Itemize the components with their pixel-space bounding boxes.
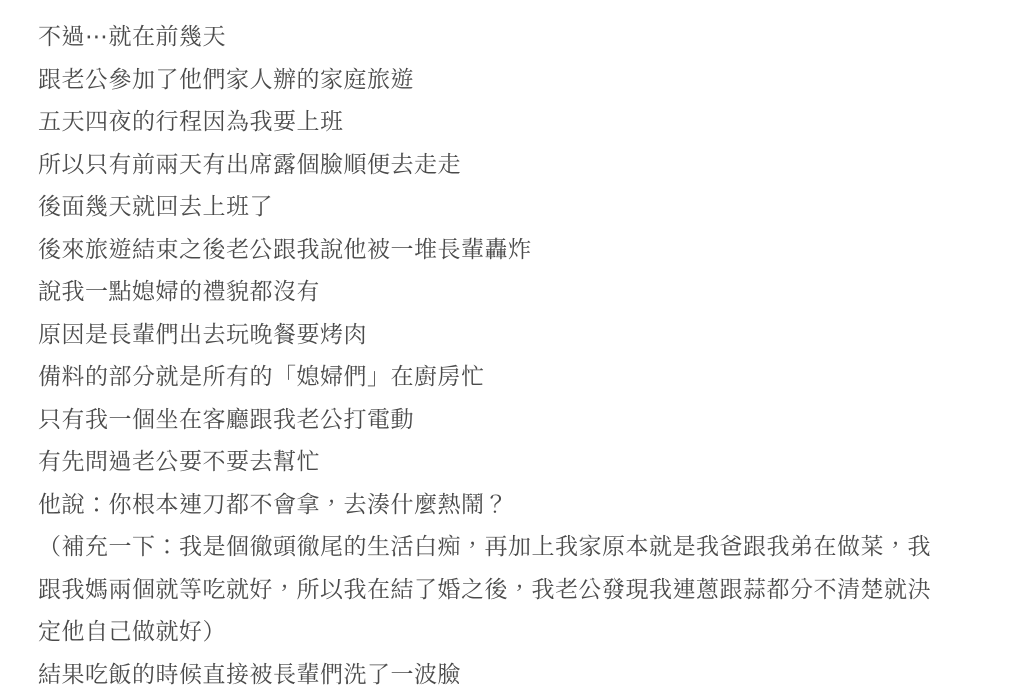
post-line: 跟老公參加了他們家人辦的家庭旅遊: [38, 58, 986, 101]
post-body: 不過⋯就在前幾天 跟老公參加了他們家人辦的家庭旅遊 五天四夜的行程因為我要上班 …: [0, 0, 1024, 696]
post-line: 定他自己做就好）: [38, 610, 986, 653]
post-line: （補充一下：我是個徹頭徹尾的生活白痴，再加上我家原本就是我爸跟我弟在做菜，我: [38, 525, 986, 568]
post-line: 不過⋯就在前幾天: [38, 15, 986, 58]
post-line: 有先問過老公要不要去幫忙: [38, 440, 986, 483]
post-line: 後面幾天就回去上班了: [38, 185, 986, 228]
post-line: 五天四夜的行程因為我要上班: [38, 100, 986, 143]
post-line: 只有我一個坐在客廳跟我老公打電動: [38, 398, 986, 441]
post-line: 所以只有前兩天有出席露個臉順便去走走: [38, 143, 986, 186]
post-line: 結果吃飯的時候直接被長輩們洗了一波臉: [38, 653, 986, 696]
post-line: 說我一點媳婦的禮貌都沒有: [38, 270, 986, 313]
post-line: 他說：你根本連刀都不會拿，去湊什麼熱鬧？: [38, 483, 986, 526]
post-line: 後來旅遊結束之後老公跟我說他被一堆長輩轟炸: [38, 228, 986, 271]
post-line: 備料的部分就是所有的「媳婦們」在廚房忙: [38, 355, 986, 398]
post-line: 跟我媽兩個就等吃就好，所以我在結了婚之後，我老公發現我連蔥跟蒜都分不清楚就決: [38, 568, 986, 611]
post-line: 原因是長輩們出去玩晚餐要烤肉: [38, 313, 986, 356]
